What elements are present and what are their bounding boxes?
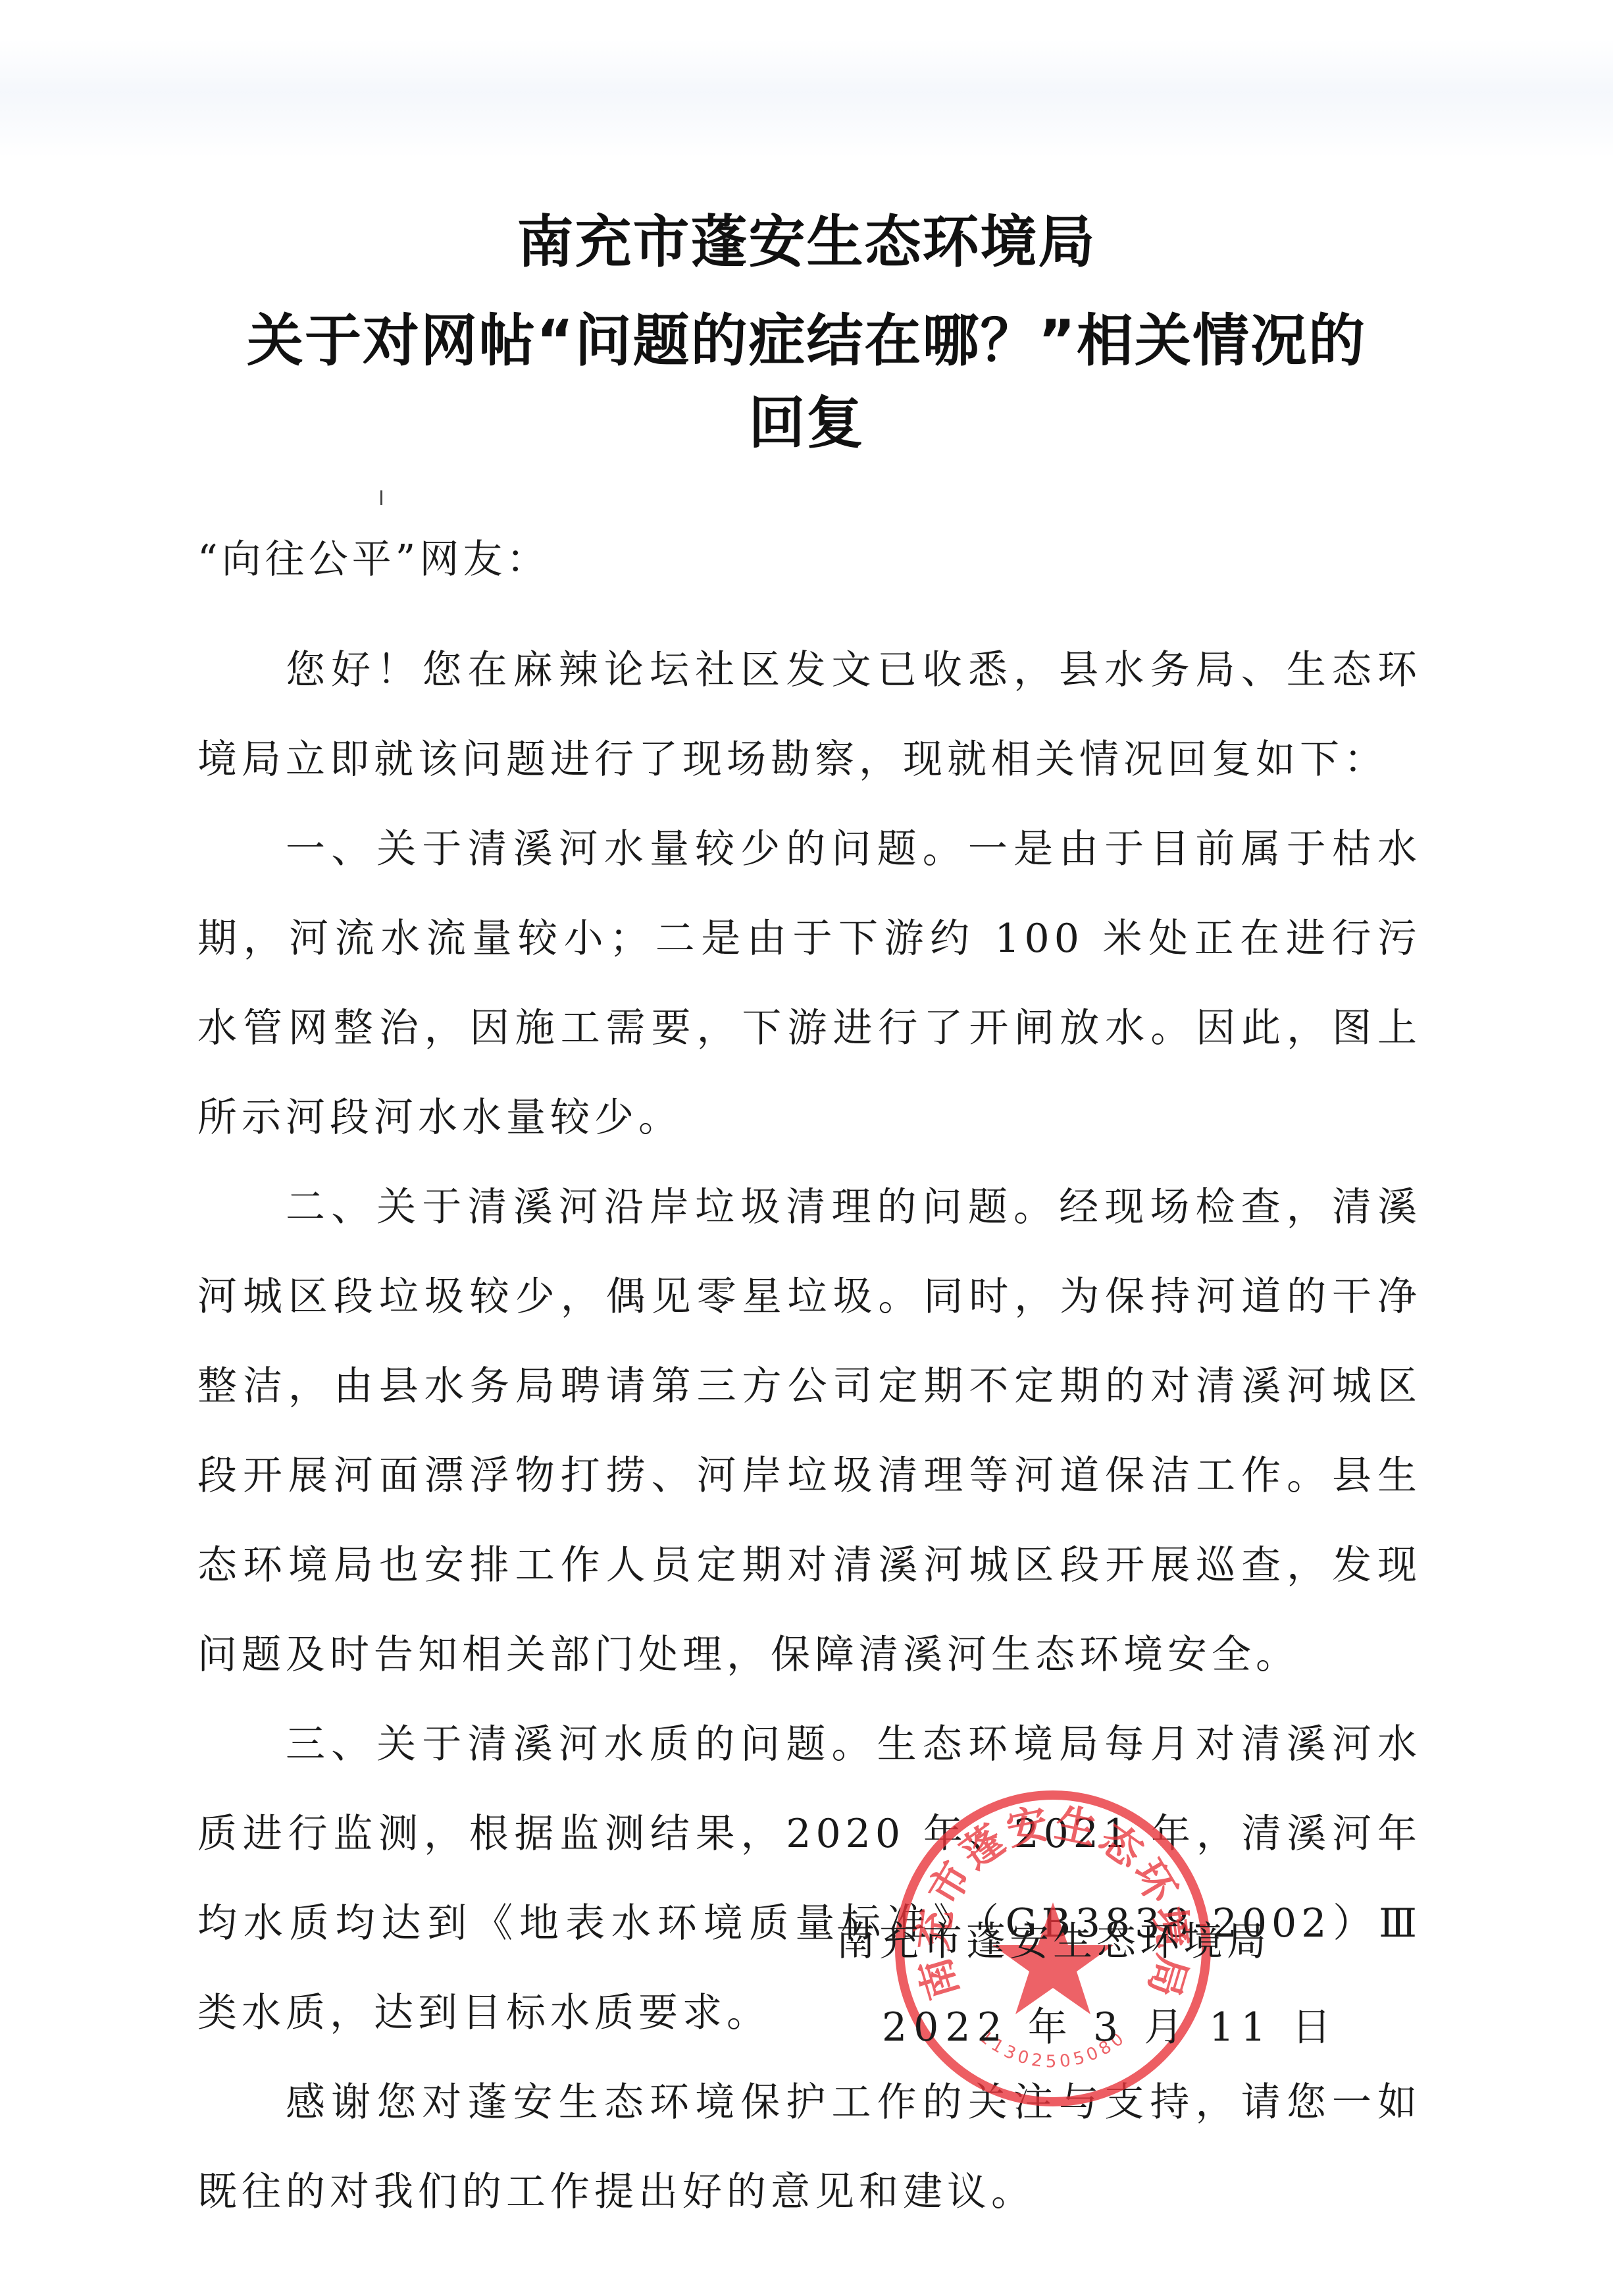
scan-artifact bbox=[0, 39, 1613, 158]
scan-speck bbox=[380, 490, 382, 505]
document-body: 您好！您在麻辣论坛社区发文已收悉，县水务局、生态环境局立即就该问题进行了现场勘察… bbox=[197, 625, 1421, 2237]
salutation: “向往公平”网友： bbox=[197, 540, 550, 579]
signature-date: 2022 年 3 月 11 日 bbox=[882, 2008, 1343, 2047]
document-title-line-2: 关于对网帖“问题的症结在哪？”相关情况的 bbox=[0, 313, 1613, 369]
paragraph-water-volume: 一、关于清溪河水量较少的问题。一是由于目前属于枯水期，河流水流量较小；二是由于下… bbox=[197, 804, 1421, 1162]
document-page: 南充市蓬安生态环境局 关于对网帖“问题的症结在哪？”相关情况的 回复 “向往公平… bbox=[0, 0, 1613, 2296]
signature-organization: 南充市蓬安生态环境局 bbox=[836, 1922, 1296, 1962]
document-title-line-3: 回复 bbox=[0, 395, 1613, 452]
paragraph-garbage-cleanup: 二、关于清溪河沿岸垃圾清理的问题。经现场检查，清溪河城区段垃圾较少，偶见零星垃圾… bbox=[197, 1162, 1421, 1700]
paragraph-thanks: 感谢您对蓬安生态环境保护工作的关注与支持，请您一如既往的对我们的工作提出好的意见… bbox=[197, 2058, 1421, 2237]
document-title-line-1: 南充市蓬安生态环境局 bbox=[0, 214, 1613, 271]
paragraph-greeting: 您好！您在麻辣论坛社区发文已收悉，县水务局、生态环境局立即就该问题进行了现场勘察… bbox=[197, 625, 1421, 804]
